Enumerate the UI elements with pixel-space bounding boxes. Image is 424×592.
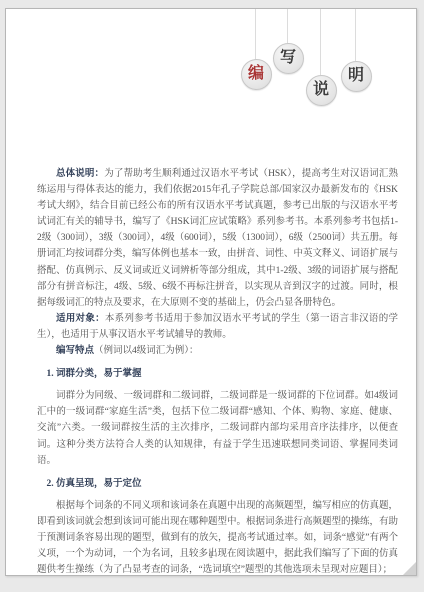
paragraph-lead: 编写特点 xyxy=(56,346,94,356)
ornament-ming-character: 明 xyxy=(348,68,364,84)
document-page: 编写说明 总体说明：为了帮助考生顺利通过汉语水平考试（HSK），提高考生对汉语词… xyxy=(5,8,417,576)
paragraph-lead: 总体说明： xyxy=(56,169,104,179)
ornament-bian-circle: 编 xyxy=(241,59,272,90)
ornament-bian-character: 编 xyxy=(248,66,264,82)
page-content: 总体说明：为了帮助考生顺利通过汉语水平考试（HSK），提高考生对汉语词汇熟练运用… xyxy=(37,166,398,578)
ornament-xie-character: 写 xyxy=(280,50,296,66)
ornament-xie-circle: 写 xyxy=(273,43,304,74)
ornament-shuo-character: 说 xyxy=(313,82,329,98)
page-curl xyxy=(403,562,416,575)
paragraph: 编写特点（例词以4级词汇为例）： xyxy=(37,343,398,359)
section-heading: 1. 词群分类，易于掌握 xyxy=(37,366,398,382)
ornament-ming-string xyxy=(355,9,356,61)
paragraph: 根据每个词条的不同义项和该词条在真题中出现的高频题型，编写相应的仿真题，即看到该… xyxy=(37,498,398,578)
page-background: 编写说明 总体说明：为了帮助考生顺利通过汉语水平考试（HSK），提高考生对汉语词… xyxy=(0,0,424,592)
page-number: 1 xyxy=(6,550,416,560)
ornament-ming-circle: 明 xyxy=(341,61,372,92)
paragraph: 词群分为同级、一级词群和二级词群，二级词群是一级词群的下位词群。如4级词汇中的一… xyxy=(37,388,398,468)
paragraph: 适用对象：本系列参考书适用于参加汉语水平考试的学生（第一语言非汉语的学生），也适… xyxy=(37,311,398,343)
ornament-bian-string xyxy=(255,9,256,59)
section-heading: 2. 仿真呈现，易于定位 xyxy=(37,476,398,492)
paragraph-lead: 适用对象： xyxy=(56,314,105,324)
ornament-shuo-circle: 说 xyxy=(306,75,337,106)
paragraph: 总体说明：为了帮助考生顺利通过汉语水平考试（HSK），提高考生对汉语词汇熟练运用… xyxy=(37,166,398,311)
ornament-xie-string xyxy=(287,9,288,43)
ornament-shuo-string xyxy=(320,9,321,75)
